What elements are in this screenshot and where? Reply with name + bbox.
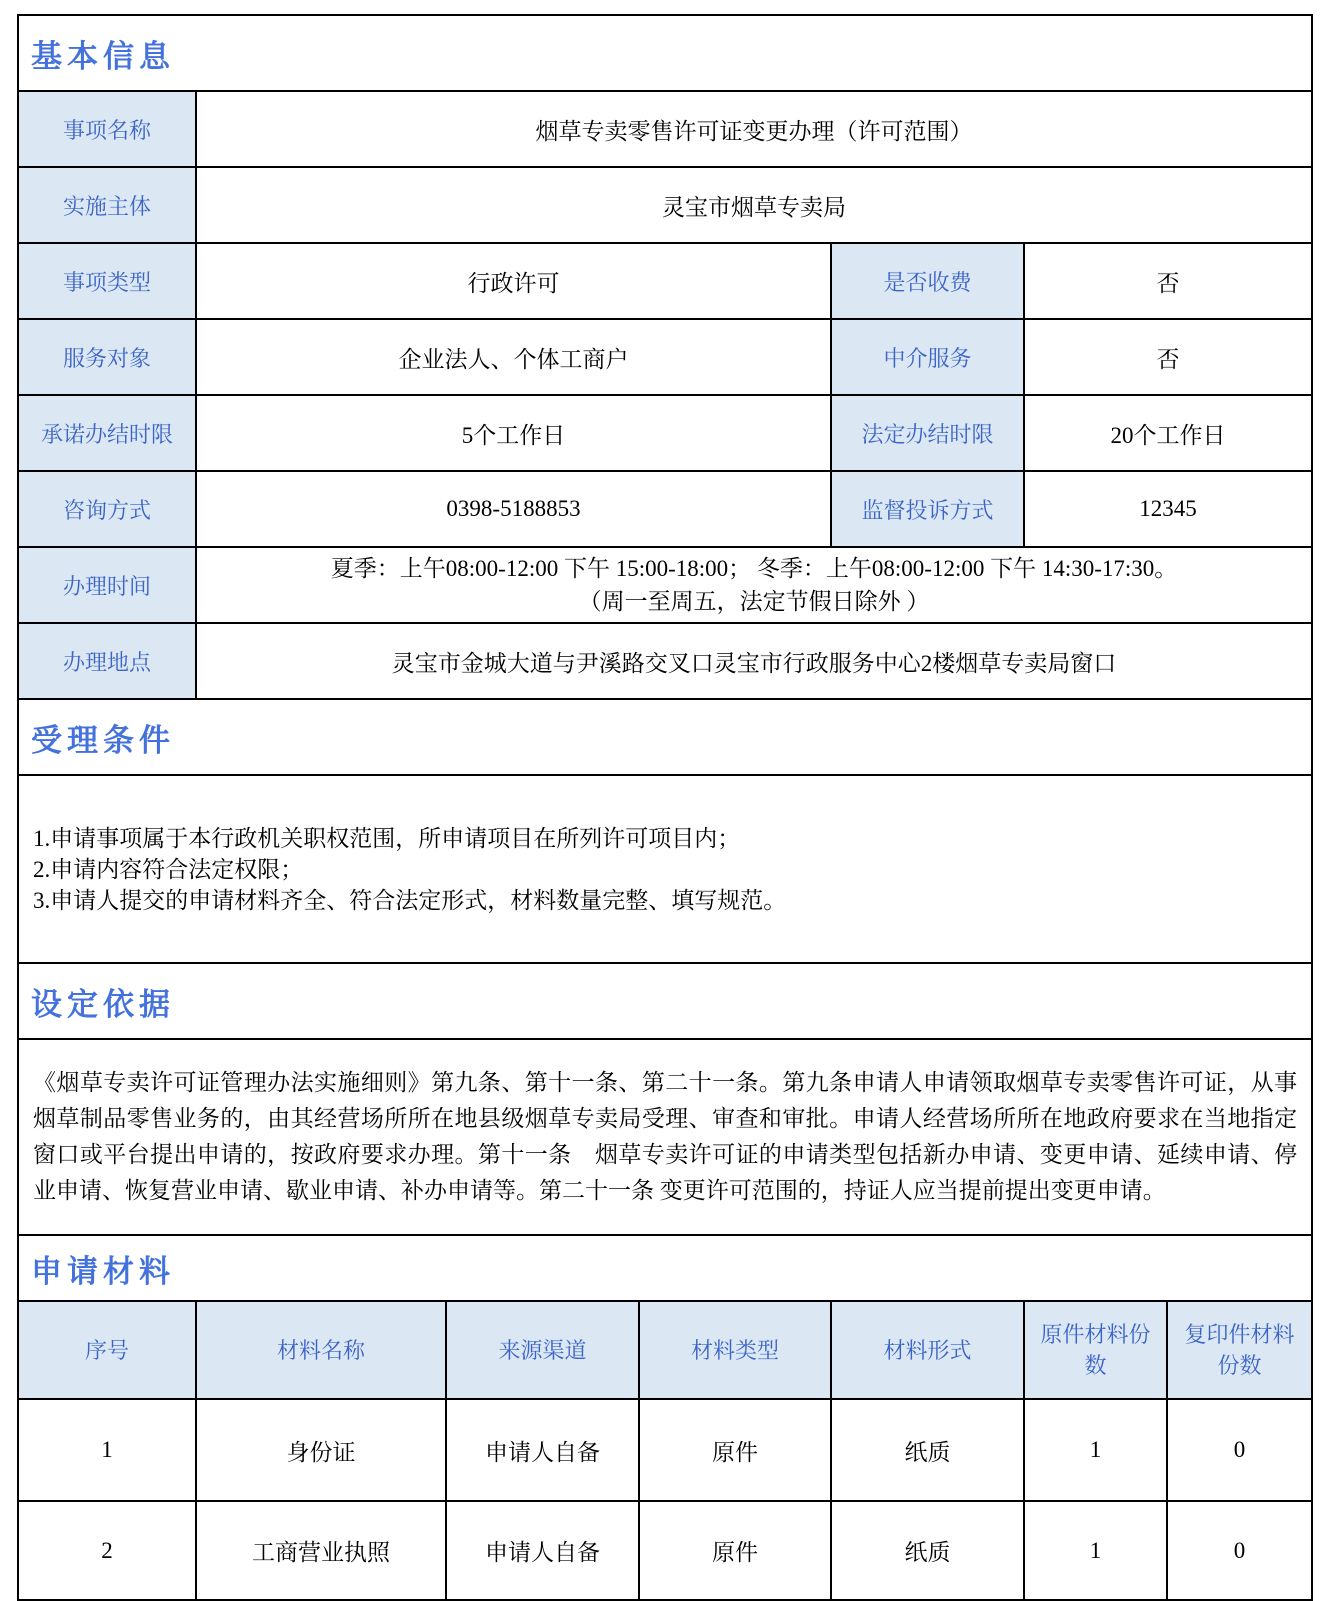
materials-header-source: 来源渠道 — [446, 1301, 639, 1399]
section-title-acceptance-conditions: 受理条件 — [18, 699, 1312, 775]
value-promised-time-limit: 5个工作日 — [196, 395, 831, 471]
acceptance-condition-1: 1.申请事项属于本行政机关职权范围，所申请项目在所列许可项目内； — [33, 823, 1297, 854]
label-service-target: 服务对象 — [18, 319, 196, 395]
material-2-type: 原件 — [639, 1501, 831, 1600]
materials-header-original-copies: 原件材料份数 — [1024, 1301, 1167, 1399]
section-title-setting-basis: 设定依据 — [18, 963, 1312, 1039]
label-statutory-time-limit: 法定办结时限 — [831, 395, 1024, 471]
material-1-type: 原件 — [639, 1399, 831, 1501]
basic-info-row-item-type: 事项类型 行政许可 是否收费 否 — [18, 243, 1312, 319]
material-2-source: 申请人自备 — [446, 1501, 639, 1600]
basic-info-row-contacts: 咨询方式 0398-5188853 监督投诉方式 12345 — [18, 471, 1312, 547]
value-consultation-phone: 0398-5188853 — [196, 471, 831, 547]
material-2-photocopy-copies: 0 — [1167, 1501, 1312, 1600]
label-supervision-complaint: 监督投诉方式 — [831, 471, 1024, 547]
setting-basis-content: 《烟草专卖许可证管理办法实施细则》第九条、第十一条、第二十一条。第九条申请人申请… — [18, 1039, 1312, 1235]
label-implementing-agency: 实施主体 — [18, 167, 196, 243]
label-item-name: 事项名称 — [18, 91, 196, 167]
materials-header-form: 材料形式 — [831, 1301, 1024, 1399]
material-row-2: 2 工商营业执照 申请人自备 原件 纸质 1 0 — [18, 1501, 1312, 1600]
value-supervision-complaint: 12345 — [1024, 471, 1312, 547]
label-consultation-method: 咨询方式 — [18, 471, 196, 547]
acceptance-content-row: 1.申请事项属于本行政机关职权范围，所申请项目在所列许可项目内； 2.申请内容符… — [18, 775, 1312, 963]
service-info-document: 基本信息 事项名称 烟草专卖零售许可证变更办理（许可范围） 实施主体 灵宝市烟草… — [17, 14, 1313, 1601]
basic-info-row-handling-location: 办理地点 灵宝市金城大道与尹溪路交叉口灵宝市行政服务中心2楼烟草专卖局窗口 — [18, 623, 1312, 699]
section-title-application-materials: 申请材料 — [18, 1235, 1312, 1301]
label-promised-time-limit: 承诺办结时限 — [18, 395, 196, 471]
materials-title-row: 申请材料 — [18, 1235, 1312, 1301]
label-handling-time: 办理时间 — [18, 547, 196, 623]
section-title-basic-info: 基本信息 — [18, 15, 1312, 91]
materials-header-seq: 序号 — [18, 1301, 196, 1399]
setting-basis-paragraph: 《烟草专卖许可证管理办法实施细则》第九条、第十一条、第二十一条。第九条申请人申请… — [33, 1065, 1297, 1209]
basis-content-row: 《烟草专卖许可证管理办法实施细则》第九条、第十一条、第二十一条。第九条申请人申请… — [18, 1039, 1312, 1235]
material-1-photocopy-copies: 0 — [1167, 1399, 1312, 1501]
materials-header-photocopy-copies: 复印件材料份数 — [1167, 1301, 1312, 1399]
label-intermediary-service: 中介服务 — [831, 319, 1024, 395]
service-info-table: 基本信息 事项名称 烟草专卖零售许可证变更办理（许可范围） 实施主体 灵宝市烟草… — [17, 14, 1313, 1601]
material-2-name: 工商营业执照 — [196, 1501, 446, 1600]
acceptance-condition-3: 3.申请人提交的申请材料齐全、符合法定形式，材料数量完整、填写规范。 — [33, 885, 1297, 916]
material-2-original-copies: 1 — [1024, 1501, 1167, 1600]
basic-info-row-time-limits: 承诺办结时限 5个工作日 法定办结时限 20个工作日 — [18, 395, 1312, 471]
label-fee-required: 是否收费 — [831, 243, 1024, 319]
value-handling-location: 灵宝市金城大道与尹溪路交叉口灵宝市行政服务中心2楼烟草专卖局窗口 — [196, 623, 1312, 699]
material-2-form: 纸质 — [831, 1501, 1024, 1600]
acceptance-title-row: 受理条件 — [18, 699, 1312, 775]
basic-info-title-row: 基本信息 — [18, 15, 1312, 91]
basic-info-row-service-target: 服务对象 企业法人、个体工商户 中介服务 否 — [18, 319, 1312, 395]
material-1-original-copies: 1 — [1024, 1399, 1167, 1501]
basic-info-row-item-name: 事项名称 烟草专卖零售许可证变更办理（许可范围） — [18, 91, 1312, 167]
label-handling-location: 办理地点 — [18, 623, 196, 699]
label-item-type: 事项类型 — [18, 243, 196, 319]
materials-header-row: 序号 材料名称 来源渠道 材料类型 材料形式 原件材料份数 复印件材料份数 — [18, 1301, 1312, 1399]
value-item-type: 行政许可 — [196, 243, 831, 319]
basis-title-row: 设定依据 — [18, 963, 1312, 1039]
value-service-target: 企业法人、个体工商户 — [196, 319, 831, 395]
material-row-1: 1 身份证 申请人自备 原件 纸质 1 0 — [18, 1399, 1312, 1501]
material-2-seq: 2 — [18, 1501, 196, 1600]
material-1-name: 身份证 — [196, 1399, 446, 1501]
value-handling-time: 夏季：上午08:00-12:00 下午 15:00-18:00； 冬季：上午08… — [196, 547, 1312, 623]
value-fee-required: 否 — [1024, 243, 1312, 319]
material-1-source: 申请人自备 — [446, 1399, 639, 1501]
basic-info-row-implementing-agency: 实施主体 灵宝市烟草专卖局 — [18, 167, 1312, 243]
value-implementing-agency: 灵宝市烟草专卖局 — [196, 167, 1312, 243]
acceptance-condition-2: 2.申请内容符合法定权限； — [33, 854, 1297, 885]
acceptance-conditions-content: 1.申请事项属于本行政机关职权范围，所申请项目在所列许可项目内； 2.申请内容符… — [18, 775, 1312, 963]
basic-info-row-handling-time: 办理时间 夏季：上午08:00-12:00 下午 15:00-18:00； 冬季… — [18, 547, 1312, 623]
value-item-name: 烟草专卖零售许可证变更办理（许可范围） — [196, 91, 1312, 167]
materials-header-type: 材料类型 — [639, 1301, 831, 1399]
value-intermediary-service: 否 — [1024, 319, 1312, 395]
material-1-form: 纸质 — [831, 1399, 1024, 1501]
value-statutory-time-limit: 20个工作日 — [1024, 395, 1312, 471]
materials-header-name: 材料名称 — [196, 1301, 446, 1399]
material-1-seq: 1 — [18, 1399, 196, 1501]
